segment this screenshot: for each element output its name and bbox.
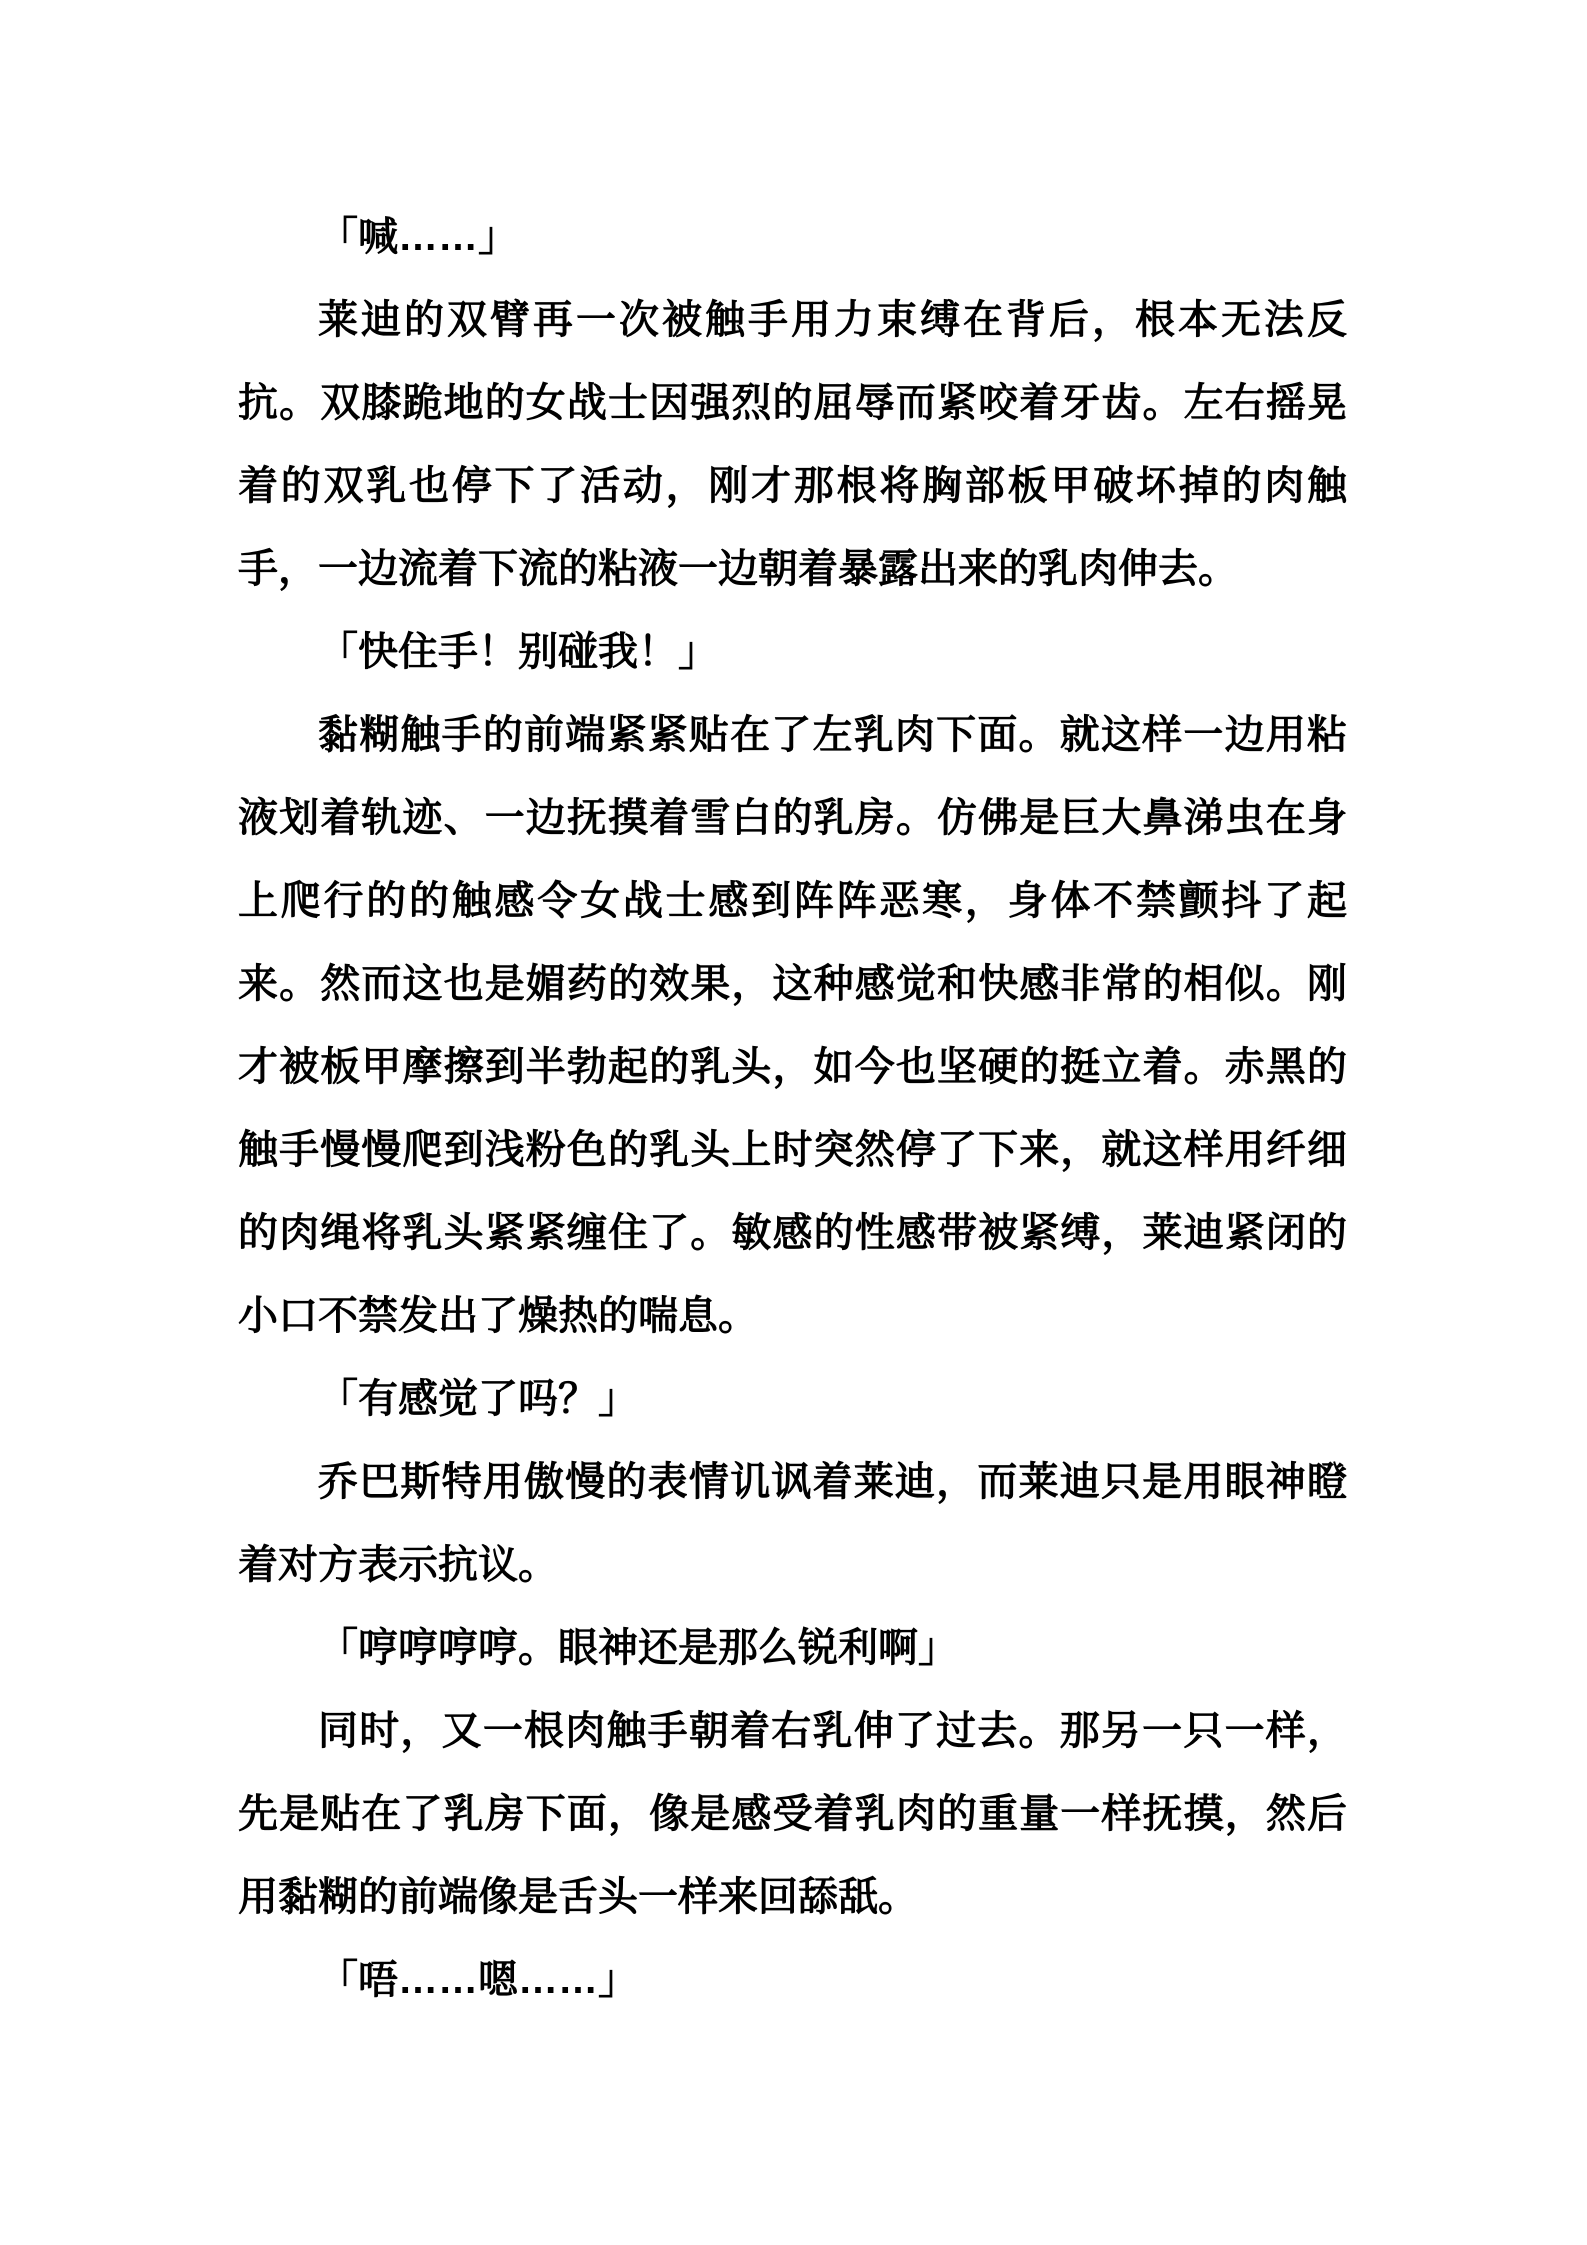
paragraph-narration-4: 同时，又一根肉触手朝着右乳伸了过去。那另一只一样，先是贴在了乳房下面，像是感受着… xyxy=(238,1690,1347,1939)
paragraph-narration-3: 乔巴斯特用傲慢的表情讥讽着莱迪，而莱迪只是用眼神瞪着对方表示抗议。 xyxy=(238,1441,1347,1607)
text-block: 「喊……」 莱迪的双臂再一次被触手用力束缚在背后，根本无法反抗。双膝跪地的女战士… xyxy=(238,196,1347,2022)
document-page: 「喊……」 莱迪的双臂再一次被触手用力束缚在背后，根本无法反抗。双膝跪地的女战士… xyxy=(0,0,1587,2245)
paragraph-narration-2: 黏糊触手的前端紧紧贴在了左乳肉下面。就这样一边用粘液划着轨迹、一边抚摸着雪白的乳… xyxy=(238,694,1347,1358)
paragraph-dialogue-5: 「唔……嗯……」 xyxy=(238,1939,1347,2022)
paragraph-narration-1: 莱迪的双臂再一次被触手用力束缚在背后，根本无法反抗。双膝跪地的女战士因强烈的屈辱… xyxy=(238,279,1347,611)
paragraph-dialogue-1: 「喊……」 xyxy=(238,196,1347,279)
paragraph-dialogue-4: 「哼哼哼哼。眼神还是那么锐利啊」 xyxy=(238,1607,1347,1690)
paragraph-dialogue-2: 「快住手！别碰我！」 xyxy=(238,611,1347,694)
paragraph-dialogue-3: 「有感觉了吗？」 xyxy=(238,1358,1347,1441)
